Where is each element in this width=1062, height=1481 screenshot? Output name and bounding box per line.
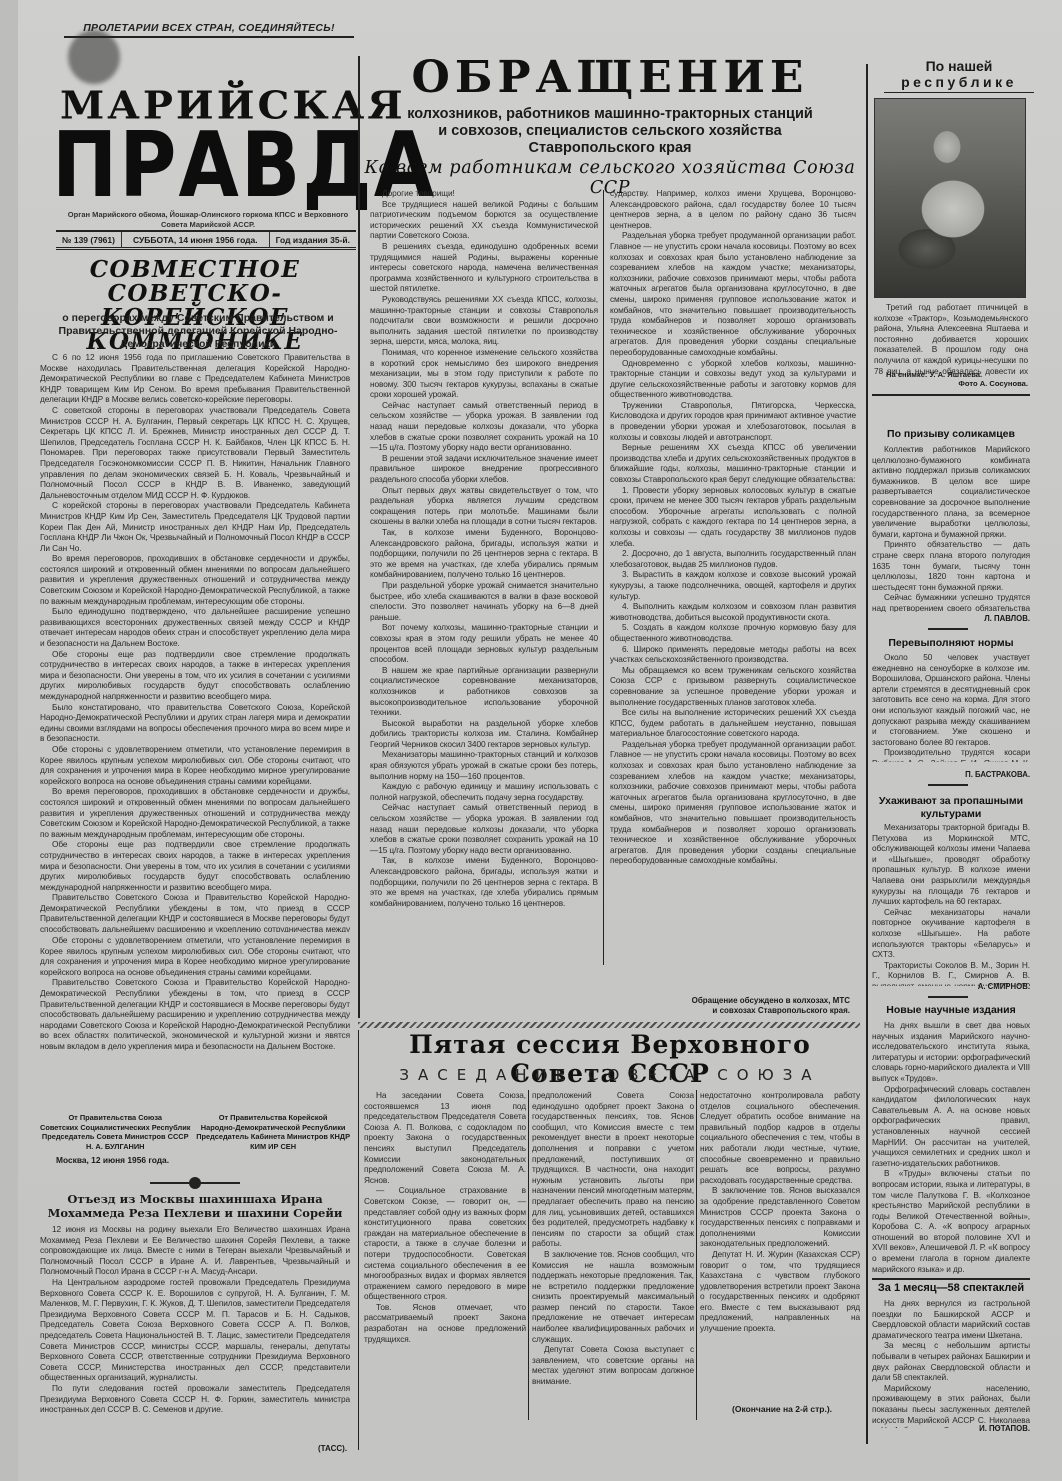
- divider: [928, 628, 968, 630]
- paragraph: Принято обязательство — дать стране свер…: [872, 539, 1030, 592]
- paragraph: Одновременно с уборкой хлебов колхозы, м…: [610, 358, 856, 400]
- masthead-motto: ПРОЛЕТАРИИ ВСЕХ СТРАН, СОЕДИНЯЙТЕСЬ!: [64, 22, 354, 38]
- signoff-line: Обращение обсуждено в колхозах, МТС: [640, 996, 850, 1006]
- paragraph: В заключение тов. Яснов высказался за од…: [700, 1185, 860, 1249]
- paragraph: Депутат Н. И. Журин (Казахская ССР) гово…: [700, 1249, 860, 1334]
- paragraph: Коллектив работников Марийского целлюлоз…: [872, 444, 1030, 539]
- issue-date: СУББОТА, 14 июня 1956 года.: [122, 235, 269, 245]
- paragraph: Механизаторы тракторной бригады В. Петух…: [872, 822, 1030, 907]
- section-header-line1: По нашей: [884, 58, 1034, 74]
- article-body: На днях вышли в свет два новых научных и…: [872, 1020, 1030, 1276]
- signatory-line: От Правительства Корейской: [196, 1113, 350, 1123]
- paragraph: Верные решениям XX съезда КПСС об увелич…: [610, 442, 856, 484]
- communique-subtitle: о переговорах между Советским Правительс…: [48, 312, 348, 351]
- departure-title: Отъезд из Москвы шахиншаха Ирана Мохамме…: [40, 1192, 350, 1220]
- appeal-subtitle: колхозников, работников машинно-тракторн…: [360, 106, 860, 157]
- divider: [928, 996, 968, 998]
- paragraph: Орфографический словарь составлен кандид…: [872, 1084, 1030, 1169]
- paragraph: 12 июня из Москвы на родину выехали Его …: [40, 1224, 350, 1277]
- paragraph: С 6 по 12 июня 1956 года по приглашению …: [40, 352, 350, 405]
- article-author: П. БАСТРАКОВА.: [872, 770, 1030, 779]
- paragraph: Так, в колхозе имени Буденного, Воронцов…: [370, 527, 598, 580]
- paragraph: В «Труды» включены статьи по вопросам ис…: [872, 1168, 1030, 1274]
- article-body: Механизаторы тракторной бригады В. Петух…: [872, 822, 1030, 986]
- subtitle-line: и совхозов, специалистов сельского хозяй…: [360, 123, 860, 140]
- divider: [872, 394, 1030, 396]
- paragraph: недостаточно контролировала работу отдел…: [700, 1090, 860, 1185]
- divider: [872, 1278, 1030, 1280]
- photo-subject: На снимке: У. А. Яштаева.: [874, 370, 1028, 379]
- paragraph: Правительство Советского Союза и Правите…: [40, 977, 350, 1051]
- paragraph: С советской стороны в переговорах участв…: [40, 405, 350, 500]
- paragraph: С корейской стороны в переговорах участв…: [40, 500, 350, 553]
- article-title: Ухаживают за пропашными культурами: [872, 795, 1030, 820]
- communique-place-date: Москва, 12 июня 1956 года.: [56, 1155, 169, 1165]
- article-author: И. ПОТАПОВ.: [872, 1424, 1030, 1433]
- paragraph: Обе стороны с удовлетворением отметили, …: [40, 744, 350, 786]
- paragraph: сударству. Например, колхоз имени Хрущев…: [610, 188, 856, 230]
- paragraph: Было констатировано, что правительства С…: [40, 702, 350, 744]
- paragraph: Сейчас наступает самый ответственный пер…: [370, 400, 598, 453]
- paragraph: Обе стороны с удовлетворением отметили, …: [40, 935, 350, 977]
- paragraph: Правительство Советского Союза и Правите…: [40, 892, 350, 932]
- signatory-name: КИМ ИР СЕН: [196, 1142, 350, 1152]
- paragraph: Раздельная уборка требует продуманной ор…: [610, 739, 856, 866]
- column-rule: [866, 64, 868, 1444]
- greeting: Дорогие товарищи!: [370, 188, 598, 199]
- paragraph: 1. Провести уборку зерновых колосовых ку…: [610, 485, 856, 549]
- paragraph: Марийскому населению, проживающему в эти…: [872, 1383, 1030, 1428]
- paragraph: В решении этой задачи исключительное зна…: [370, 453, 598, 485]
- paragraph: По пути следования гостей провожали заме…: [40, 1383, 350, 1415]
- masthead-title-line2: ПРАВДА: [52, 120, 356, 212]
- signatory-line: Председатель Кабинета Министров КНДР: [196, 1132, 350, 1142]
- paragraph: Во время переговоров, проходивших в обст…: [40, 786, 350, 839]
- supreme-soviet-column-3: недостаточно контролировала работу отдел…: [700, 1090, 860, 1420]
- column-rule: [358, 56, 360, 1018]
- article-author: А. СМИРНОВ.: [872, 982, 1030, 991]
- subtitle-line: Ставропольского края: [360, 140, 860, 157]
- paragraph: Каждую с рабочую единицу и машину исполь…: [370, 781, 598, 802]
- communique-body-end: Обе стороны с удовлетворением отметили, …: [40, 935, 350, 1105]
- paragraph: Высокой выработки на раздельной уборке х…: [370, 718, 598, 750]
- paragraph: Все трудящиеся нашей великой Родины с бо…: [370, 199, 598, 241]
- paragraph: Депутат Совета Союза выступает с заявлен…: [532, 1344, 694, 1386]
- divider: [928, 784, 968, 786]
- ornament-divider: [150, 1182, 240, 1184]
- supreme-soviet-subtitle: ЗАСЕДАНИЕ СОВЕТА СОЮЗА: [360, 1066, 860, 1084]
- column-rule: [696, 1090, 697, 1420]
- paragraph: В заключение тов. Яснов сообщил, что Ком…: [532, 1249, 694, 1344]
- appeal-column-2: сударству. Например, колхоз имени Хрущев…: [610, 188, 856, 978]
- paragraph: Сейчас бумажники успешно трудятся над пр…: [872, 592, 1030, 612]
- paragraph: Около 50 человек участвует ежедневно на …: [872, 652, 1030, 747]
- paragraph: Вот почему колхозы, машинно-тракторные с…: [370, 622, 598, 664]
- masthead-organ: Орган Марийского обкома, Йошкар-Олинског…: [60, 210, 356, 230]
- article-title: По призыву соликамцев: [872, 428, 1030, 441]
- photo-credit-block: На снимке: У. А. Яштаева. Фото А. Сосуно…: [874, 370, 1028, 388]
- signatory-line: Советских Социалистических Республик: [40, 1123, 191, 1133]
- paragraph: Так, в колхозе имени Буденного, Воронцов…: [370, 855, 598, 908]
- paragraph: 4. Выполнить каждым колхозом и совхозом …: [610, 601, 856, 622]
- paragraph: При раздельной уборке урожай снимается з…: [370, 580, 598, 622]
- caption-text: Третий год работает птичницей в колхозе …: [874, 302, 1028, 376]
- paragraph: Руководствуясь решениями XX съезда КПСС,…: [370, 294, 598, 347]
- communique-body: С 6 по 12 июня 1956 года по приглашению …: [40, 352, 350, 932]
- paragraph: 5. Создать в каждом колхозе прочную корм…: [610, 622, 856, 643]
- paragraph: Было единодушно подтверждено, что дальне…: [40, 606, 350, 648]
- paragraph: Обе стороны еще раз подтвердили свое стр…: [40, 839, 350, 892]
- scan-margin: [0, 0, 18, 1481]
- paragraph: 2. Досрочно, до 1 августа, выполнить гос…: [610, 548, 856, 569]
- article-title: За 1 месяц—58 спектаклей: [872, 1282, 1030, 1295]
- paragraph: Мы обращаемся ко всем труженикам сельско…: [610, 665, 856, 707]
- appeal-signoff: Обращение обсуждено в колхозах, МТС и со…: [640, 996, 850, 1016]
- paragraph: Понимая, что коренное изменение сельског…: [370, 347, 598, 400]
- signatory-line: Народно-Демократической Республики: [196, 1123, 350, 1133]
- paragraph: На днях вернулся из гастрольной поездки …: [872, 1298, 1030, 1340]
- paragraph: Тов. Яснов отмечает, что рассматриваемый…: [364, 1302, 526, 1344]
- paragraph: — Социальное страхование в Советском Сою…: [364, 1185, 526, 1302]
- article-author: Л. ПАВЛОВ.: [872, 614, 1030, 623]
- paragraph: За месяц с небольшим артисты побывали в …: [872, 1340, 1030, 1382]
- appeal-column-1: Дорогие товарищи! Все трудящиеся нашей в…: [370, 188, 598, 978]
- article-body: Коллектив работников Марийского целлюлоз…: [872, 444, 1030, 612]
- signatory-line: От Правительства Союза: [40, 1113, 191, 1123]
- signatory-name: Н. А. БУЛГАНИН: [40, 1142, 191, 1152]
- paragraph: Раздельная уборка требует продуманной ор…: [610, 230, 856, 357]
- news-source: (ТАСС).: [318, 1444, 347, 1453]
- year-of-publication: Год издания 35-й.: [270, 235, 356, 245]
- article-title: Новые научные издания: [872, 1004, 1030, 1017]
- article-body: Около 50 человек участвует ежедневно на …: [872, 652, 1030, 762]
- paragraph: предположений Совета Союза единодушно од…: [532, 1090, 694, 1249]
- signatory-line: Председатель Совета Министров СССР: [40, 1132, 191, 1142]
- appeal-title: ОБРАЩЕНИЕ: [360, 52, 860, 103]
- communique-signatures: От Правительства Союза Советских Социали…: [40, 1113, 350, 1151]
- paragraph: На днях вышли в свет два новых научных и…: [872, 1020, 1030, 1084]
- column-rule: [603, 190, 604, 965]
- paragraph: Сейчас механизаторы начали повторное оку…: [872, 907, 1030, 960]
- paragraph: Все силы на выполнение исторических реше…: [610, 707, 856, 739]
- paragraph: Опыт первых двух жатвы свидетельствует о…: [370, 485, 598, 527]
- paragraph: В нашем же крае партийные организации ра…: [370, 665, 598, 718]
- paragraph: Сейчас наступает самый ответственный пер…: [370, 802, 598, 855]
- photo-credit: Фото А. Сосунова.: [874, 379, 1028, 388]
- signoff-line: и совхозах Ставропольского края.: [640, 1006, 850, 1016]
- column-rule: [528, 1090, 529, 1420]
- ink-stain: [68, 30, 120, 84]
- wavy-divider: [358, 1022, 860, 1028]
- paragraph: На заседании Совета Союза, состоявшемся …: [364, 1090, 526, 1185]
- signatory-ussr: От Правительства Союза Советских Социали…: [40, 1113, 191, 1151]
- paragraph: Механизаторы машинно-тракторных станций …: [370, 749, 598, 781]
- section-header: По нашей республике: [884, 58, 1034, 93]
- signatory-dprk: От Правительства Корейской Народно-Демок…: [196, 1113, 350, 1151]
- section-header-line2: республике: [884, 74, 1034, 90]
- photo-caption: Третий год работает птичницей в колхозе …: [874, 302, 1028, 376]
- supreme-soviet-column-2: предположений Совета Союза единодушно од…: [532, 1090, 694, 1420]
- paragraph: Труженики Ставрополья, Пятигорска, Черке…: [610, 400, 856, 442]
- paragraph: На Центральном аэродроме гостей провожал…: [40, 1277, 350, 1383]
- article-body: На днях вернулся из гастрольной поездки …: [872, 1298, 1030, 1428]
- paragraph: В решениях съезда, единодушно одобренных…: [370, 241, 598, 294]
- issue-number: № 139 (7961): [56, 235, 121, 245]
- issue-info-bar: № 139 (7961) СУББОТА, 14 июня 1956 года.…: [56, 230, 356, 250]
- paragraph: 3. Вырастить в каждом колхозе и совхозе …: [610, 569, 856, 601]
- paragraph: Производительно трудятся косари Рыбаков …: [872, 747, 1030, 762]
- continued-note: (Окончание на 2-й стр.).: [732, 1404, 832, 1414]
- subtitle-line: колхозников, работников машинно-тракторн…: [360, 106, 860, 123]
- departure-body: 12 июня из Москвы на родину выехали Его …: [40, 1224, 350, 1460]
- paragraph: Обе стороны еще раз подтвердили свое стр…: [40, 649, 350, 702]
- column-rule: [358, 1030, 359, 1450]
- article-title: Перевыполняют нормы: [872, 637, 1030, 650]
- paragraph: Во время переговоров, проходивших в обст…: [40, 553, 350, 606]
- news-photo: [874, 98, 1026, 298]
- supreme-soviet-column-1: На заседании Совета Союза, состоявшемся …: [364, 1090, 526, 1420]
- paragraph: 6. Широко применять передовые методы раб…: [610, 644, 856, 665]
